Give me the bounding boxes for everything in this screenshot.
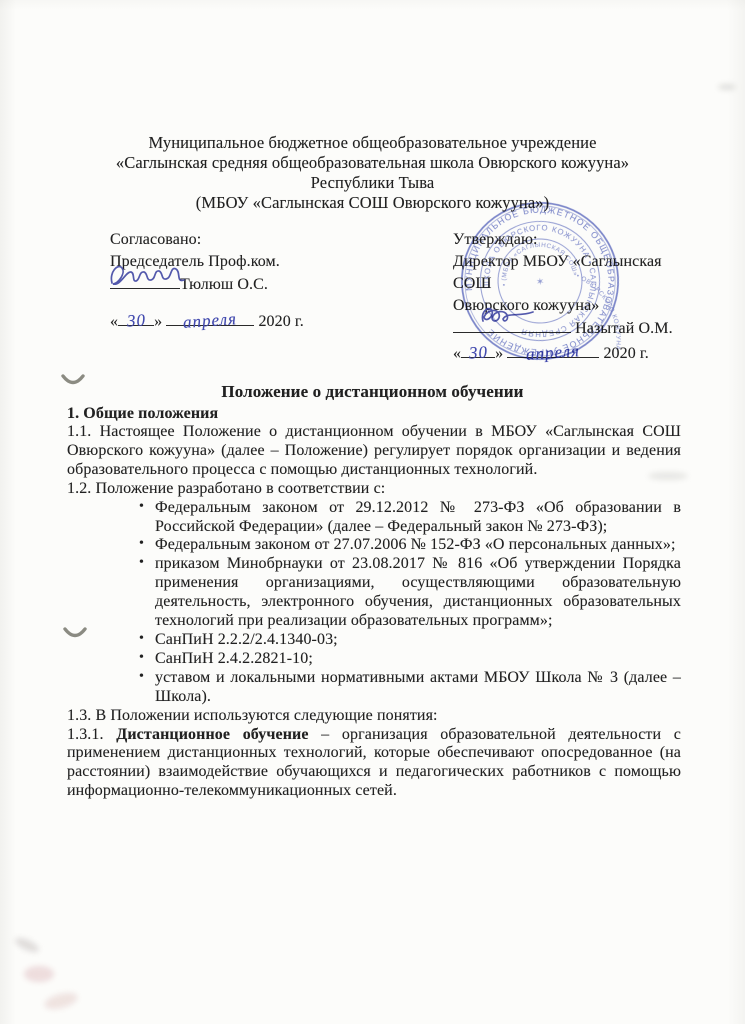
agreed-block: Согласовано: Председатель Проф.ком. Тюлю… [110,229,410,333]
scanned-document-page: Муниципальное бюджетное общеобразователь… [0,0,745,1024]
scan-smudge [648,472,688,480]
scan-smudge [24,966,54,982]
list-item: •Федеральным законом от 29.12.2012 № 273… [137,499,681,537]
list-item: •уставом и локальными нормативными актам… [137,669,681,707]
list-item: •приказом Минобрнауки от 23.08.2017 № 81… [137,555,681,631]
term-distance-learning: Дистанционное обучение [116,726,308,743]
list-item: •Федеральным законом от 27.07.2006 № 152… [137,536,681,555]
paragraph-1-2: 1.2. Положение разработано в соответстви… [67,480,681,499]
list-item-text: СанПиН 2.4.2.2821-10; [155,650,313,667]
quote-open: « [453,345,461,362]
legal-basis-list: •Федеральным законом от 29.12.2012 № 273… [67,499,681,707]
section-1-heading: 1. Общие положения [67,404,681,423]
scan-smudge [43,990,79,1012]
document-title: Положение о дистанционном обучении [0,381,745,402]
punch-hole-bottom [63,625,87,641]
letterhead-line-3: Республики Тыва [0,173,745,193]
handwritten-month: апреля [183,308,238,334]
quote-close: » [154,313,162,330]
agreed-date-year: 2020 г. [258,313,303,330]
letterhead-line-2: «Саглынская средняя общеобразовательная … [0,153,745,173]
list-item-text: уставом и локальными нормативными актами… [155,669,681,705]
letterhead: Муниципальное бюджетное общеобразователь… [0,133,745,213]
list-item-text: Федеральным законом от 29.12.2012 № 273-… [155,499,681,535]
list-item-text: СанПиН 2.2.2/2.4.1340-03; [155,631,338,648]
scan-smudge [13,935,41,955]
paragraph-1-1: 1.1. Настоящее Положение о дистанционном… [67,423,681,480]
letterhead-line-4: (МБОУ «Саглынская СОШ Овюрского кожууна»… [0,193,745,213]
bullet-icon: • [139,535,144,554]
bullet-icon: • [139,649,144,668]
paragraph-1-3-1: 1.3.1. Дистанционное обучение – организа… [67,726,681,802]
agreed-signature-row: Тюлюш О.С. [110,273,410,296]
scan-smudge [718,84,736,90]
bullet-icon: • [139,498,144,517]
bullet-icon: • [139,668,144,687]
agreed-role: Председатель Проф.ком. [110,251,410,273]
signature-line [110,273,180,289]
letterhead-line-1: Муниципальное бюджетное общеобразователь… [0,133,745,153]
punch-hole-top [61,372,85,388]
bullet-icon: • [139,554,144,573]
stamp-center-mark: ✶ [535,276,545,288]
document-body: 1. Общие положения 1.1. Настоящее Положе… [67,404,681,801]
agreed-label: Согласовано: [110,229,410,251]
list-item-text: Федеральным законом от 27.07.2006 № 152-… [155,536,676,553]
list-item: •СанПиН 2.4.2.2821-10; [137,650,681,669]
bullet-icon: • [139,630,144,649]
agreed-signer-name: Тюлюш О.С. [180,276,268,293]
quote-open: « [110,313,118,330]
school-stamp: МУНИЦИПАЛЬНОЕ БЮДЖЕТНОЕ ОБЩЕОБРАЗОВАТЕЛЬ… [446,187,633,374]
list-item-text: приказом Минобрнауки от 23.08.2017 № 816… [155,555,681,629]
handwritten-day: 30 [126,309,146,332]
paragraph-1-3: 1.3. В Положении используются следующие … [67,707,681,726]
agreed-date-row: «30» апреля 2020 г. [110,310,410,333]
clause-number: 1.3.1. [67,726,116,743]
list-item: •СанПиН 2.2.2/2.4.1340-03; [137,631,681,650]
